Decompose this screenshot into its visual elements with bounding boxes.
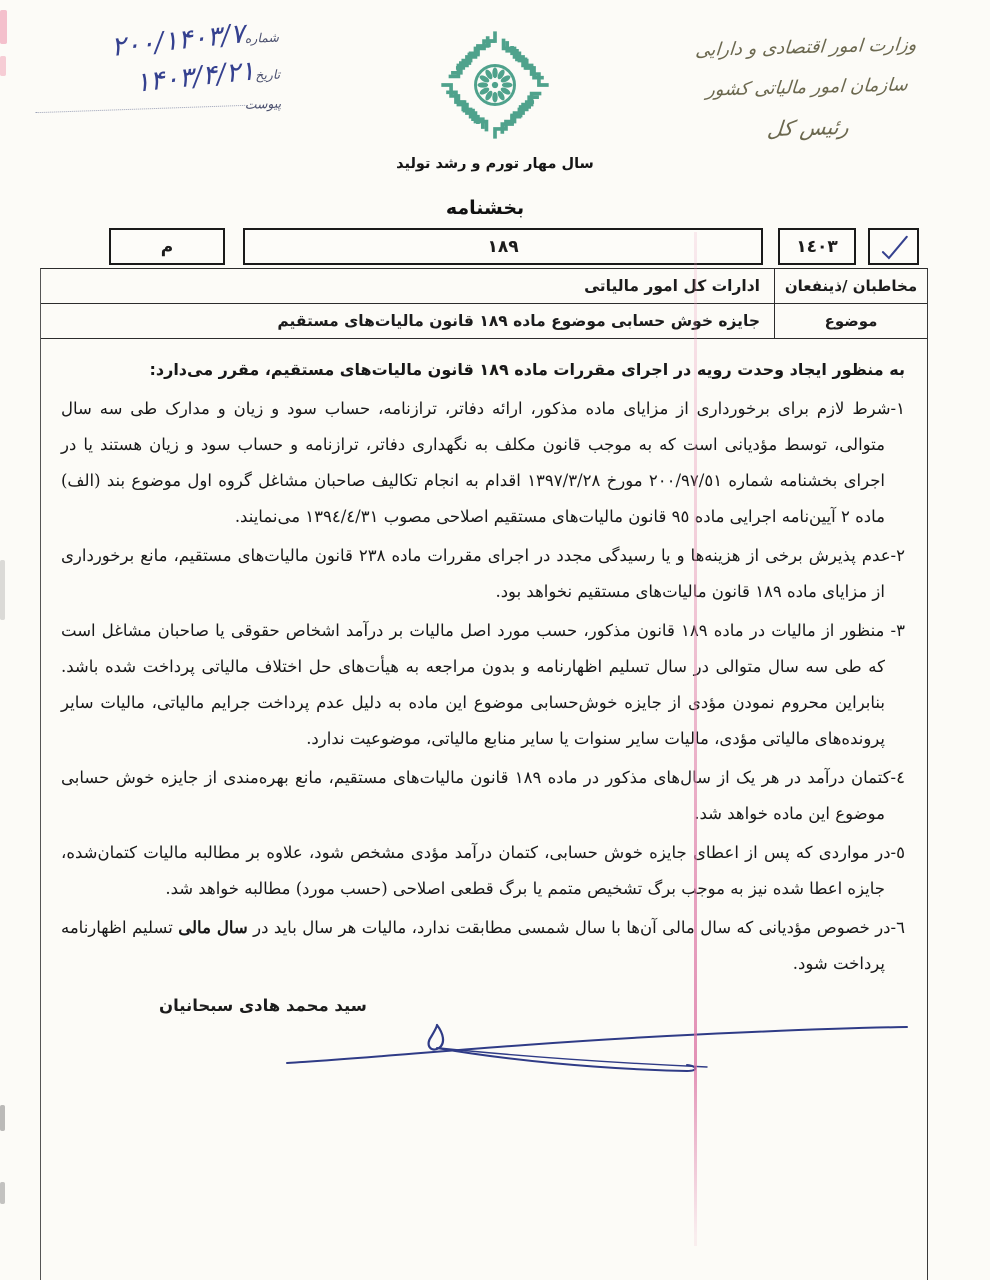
- circular-text: به منظور ایجاد وحدت رویه در اجرای مقررات…: [41, 339, 927, 982]
- recipients-value: ادارات کل امور مالیاتی: [41, 269, 774, 303]
- ref-date-value: ۱۴۰۳/۴/۲۱: [134, 55, 256, 98]
- item-1: ١-شرط لازم برای برخورداری از مزایای ماده…: [61, 391, 905, 535]
- check-box: [868, 228, 919, 265]
- scan-smudge: [0, 1105, 5, 1131]
- signatory-title: رئیس کل: [672, 104, 945, 151]
- item-5: ٥-در مواردی که پس از اعطای جایزه خوش حسا…: [61, 835, 905, 907]
- checkmark-icon: [877, 233, 911, 261]
- scan-smudge: [0, 1182, 5, 1204]
- ref-date-row: تاریخ ۱۴۰۳/۴/۲۱: [30, 59, 281, 99]
- subject-label: موضوع: [774, 304, 927, 338]
- tax-administration-logo: [424, 24, 566, 150]
- document-type-title: بخشنامه: [0, 197, 970, 219]
- item-4: ٤-کتمان درآمد در هر یک از سال‌های مذکور …: [61, 760, 905, 832]
- attachment-dotted-line: [35, 103, 244, 112]
- document-body-frame: مخاطبان /ذینفعان ادارات کل امور مالیاتی …: [40, 268, 928, 1280]
- handwritten-signature: [267, 1015, 927, 1090]
- intro-paragraph: به منظور ایجاد وحدت رویه در اجرای مقررات…: [61, 352, 905, 388]
- subject-value: جایزه خوش حسابی موضوع ماده ١٨٩ قانون مال…: [41, 304, 774, 338]
- ref-number-value: ۲۰۰/۱۴۰۳/۷: [109, 18, 246, 63]
- item-6: ٦-در خصوص مؤدیانی که سال مالی آن‌ها با س…: [61, 910, 905, 982]
- ref-number-row: شماره ۲۰۰/۱۴۰۳/۷: [28, 22, 279, 62]
- item-3: ٣- منظور از مالیات در ماده ١٨٩ قانون مذک…: [61, 613, 905, 757]
- recipients-label: مخاطبان /ذینفعان: [774, 269, 927, 303]
- scanned-circular-document: { "colors": { "logo_green": "#4fa28c", "…: [0, 0, 990, 1280]
- item-2: ٢-عدم پذیرش برخی از هزینه‌ها و یا رسیدگی…: [61, 538, 905, 610]
- ref-number-label: شماره: [244, 30, 279, 46]
- code-letter-box: م: [109, 228, 225, 265]
- ref-attachment-label: پیوست: [244, 96, 281, 112]
- letterhead: وزارت امور اقتصادی و دارایی سازمان امور …: [670, 24, 943, 151]
- ref-attachment-row: پیوست: [31, 96, 281, 120]
- recipients-row: مخاطبان /ذینفعان ادارات کل امور مالیاتی: [41, 269, 927, 304]
- subject-row: موضوع جایزه خوش حسابی موضوع ماده ١٨٩ قان…: [41, 304, 927, 339]
- item-6-pre: ٦-در خصوص مؤدیانی که سال مالی آن‌ها با س…: [248, 918, 905, 937]
- signatory-name: سید محمد هادی سبحانیان: [41, 996, 927, 1015]
- year-box: ١٤٠٣: [778, 228, 856, 265]
- year-slogan: سال مهار تورم و رشد تولید: [0, 156, 990, 172]
- ref-date-label: تاریخ: [255, 67, 280, 83]
- item-6-bold: سال مالی: [178, 918, 247, 937]
- scan-smudge: [0, 10, 7, 44]
- tax-logo-icon: [434, 24, 556, 146]
- circular-number-box: ١٨٩: [243, 228, 763, 265]
- scan-smudge: [0, 560, 5, 620]
- scan-smudge: [0, 56, 6, 76]
- reference-block: شماره ۲۰۰/۱۴۰۳/۷ تاریخ ۱۴۰۳/۴/۲۱ پیوست: [28, 22, 281, 126]
